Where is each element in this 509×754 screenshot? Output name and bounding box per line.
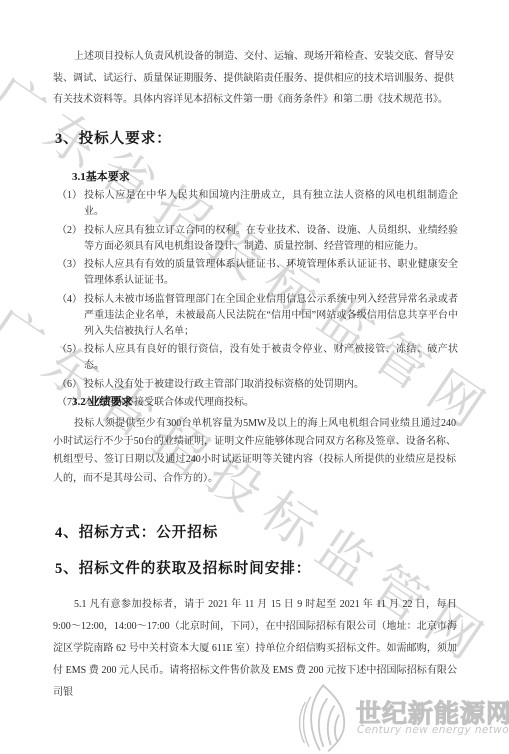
requirement-number: （2） xyxy=(57,223,84,255)
subsection-3-2-heading: 3.2 业绩要求 xyxy=(72,393,133,409)
logo-en-text: Century new energy network xyxy=(357,724,509,736)
requirement-item: （2） 投标人应具有独立订立合同的权利。在专业技术、设备、设施、人员组织、业绩经… xyxy=(57,223,458,255)
requirement-item: （3） 投标人应具有有效的质量管理体系认证证书、环境管理体系认证证书、职业健康安… xyxy=(57,257,458,289)
intro-paragraph: 上述项目投标人负责风机设备的制造、交付、运输、现场开箱检查、安装交底、督导安装、… xyxy=(53,46,454,111)
flame-icon xyxy=(296,682,356,754)
section-5-heading: 5、招标文件的获取及招标时间安排： xyxy=(55,557,311,578)
requirement-number: （1） xyxy=(57,188,84,220)
requirement-number: （6） xyxy=(57,377,84,393)
requirement-number: （5） xyxy=(57,342,84,374)
document-page: 广东省招投标监管网 广东省招投标监管网 上述项目投标人负责风机设备的制造、交付、… xyxy=(0,0,509,754)
requirement-text: 投标人应具有独立订立合同的权利。在专业技术、设备、设施、人员组织、业绩经验等方面… xyxy=(84,223,458,255)
requirement-item: （4） 投标人未被市场监督管理部门在全国企业信用信息公示系统中列入经营异常名录或… xyxy=(57,292,458,340)
requirement-item: （5） 投标人应具有良好的银行资信，没有处于被责令停业、财产被接管、冻结、破产状… xyxy=(57,342,458,374)
requirement-text: 本次招标不接受联合体或代理商投标。 xyxy=(84,395,458,411)
requirement-text: 投标人未被市场监督管理部门在全国企业信用信息公示系统中列入经营异常名录或者严重违… xyxy=(84,292,458,340)
requirement-text: 投标人应是在中华人民共和国境内注册成立，具有独立法人资格的风电机组制造企业。 xyxy=(84,188,458,220)
requirement-number: （4） xyxy=(57,292,84,340)
section-3-heading: 3、投标人要求： xyxy=(55,127,172,148)
requirement-text: 投标人应具有有效的质量管理体系认证证书、环境管理体系认证证书、职业健康安全管理体… xyxy=(84,257,458,289)
performance-paragraph: 投标人须提供至少有300台单机容量为5MW及以上的海上风电机组合同业绩且通过24… xyxy=(53,415,456,488)
requirement-item: （1） 投标人应是在中华人民共和国境内注册成立，具有独立法人资格的风电机组制造企… xyxy=(57,188,458,220)
section-4-heading: 4、招标方式：公开招标 xyxy=(55,521,218,542)
requirement-text: 投标人没有处于被建设行政主管部门取消投标资格的处罚期内。 xyxy=(84,377,458,393)
subsection-3-1-heading: 3.1基本要求 xyxy=(72,168,130,184)
requirements-list: （1） 投标人应是在中华人民共和国境内注册成立，具有独立法人资格的风电机组制造企… xyxy=(57,188,458,414)
requirement-number: （3） xyxy=(57,257,84,289)
site-logo: 世纪新能源网 Century new energy network xyxy=(290,680,509,754)
requirement-item: （6） 投标人没有处于被建设行政主管部门取消投标资格的处罚期内。 xyxy=(57,377,458,393)
requirement-text: 投标人应具有良好的银行资信，没有处于被责令停业、财产被接管、冻结、破产状态。 xyxy=(84,342,458,374)
